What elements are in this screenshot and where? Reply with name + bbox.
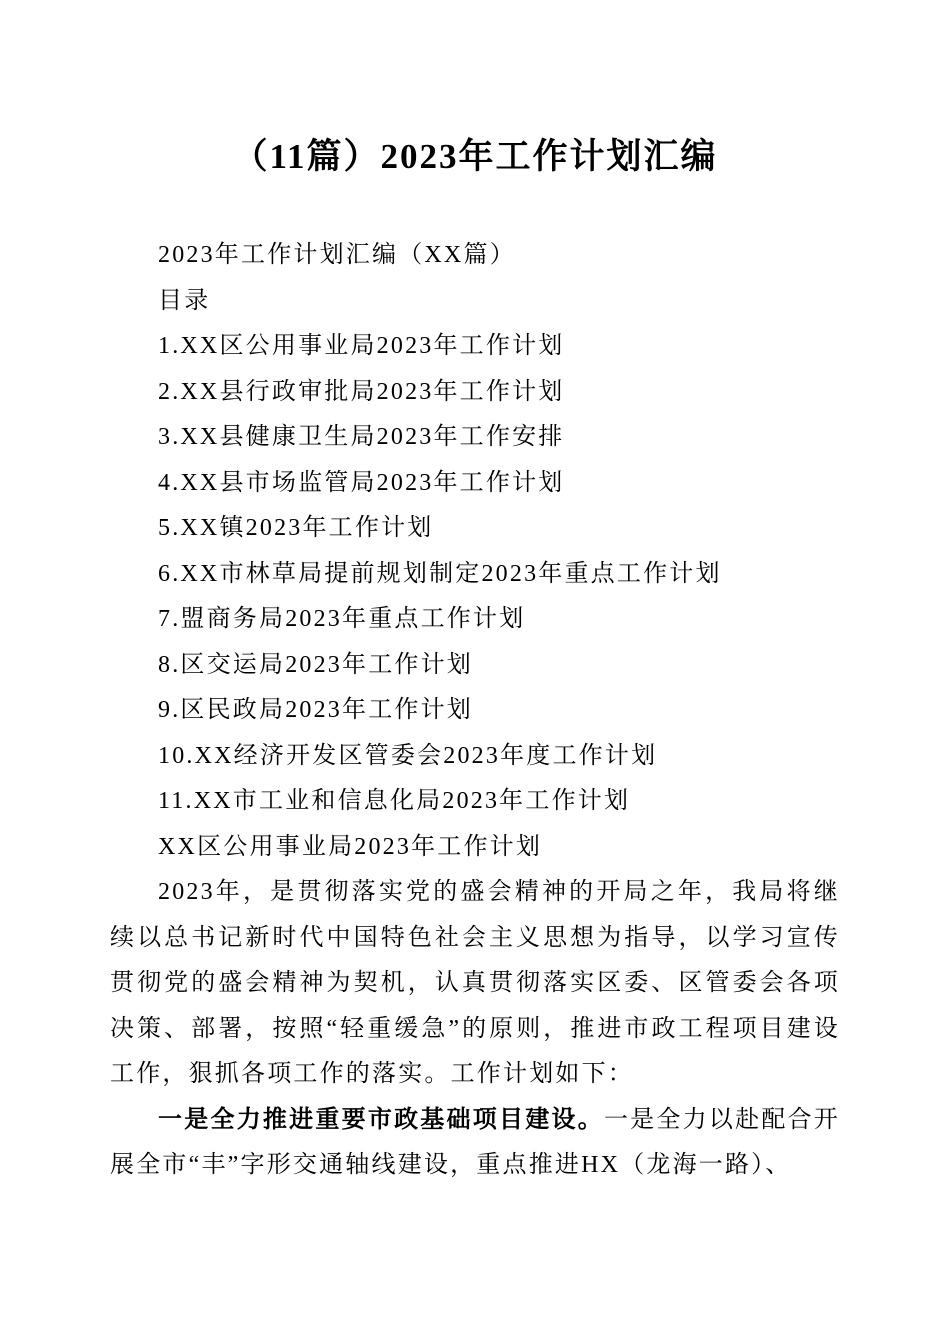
document-subtitle: 2023年工作计划汇编（XX篇） <box>110 233 840 279</box>
document-title: （11篇）2023年工作计划汇编 <box>110 131 840 183</box>
toc-item: 5.XX镇2023年工作计划 <box>110 506 840 552</box>
document-content: （11篇）2023年工作计划汇编 2023年工作计划汇编（XX篇） 目录 1.X… <box>0 0 950 1189</box>
toc-item: 7.盟商务局2023年重点工作计划 <box>110 597 840 643</box>
toc-item: 2.XX县行政审批局2023年工作计划 <box>110 370 840 416</box>
document-page: （11篇）2023年工作计划汇编 2023年工作计划汇编（XX篇） 目录 1.X… <box>0 0 950 1344</box>
toc-item: 9.区民政局2023年工作计划 <box>110 688 840 734</box>
toc-item: 6.XX市林草局提前规划制定2023年重点工作计划 <box>110 552 840 598</box>
toc-item: 10.XX经济开发区管委会2023年度工作计划 <box>110 734 840 780</box>
toc-item: 1.XX区公用事业局2023年工作计划 <box>110 324 840 370</box>
toc-heading: 目录 <box>110 279 840 325</box>
point-paragraph: 一是全力推进重要市政基础项目建设。一是全力以赴配合开展全市“丰”字形交通轴线建设… <box>110 1098 840 1189</box>
toc-item: 3.XX县健康卫生局2023年工作安排 <box>110 415 840 461</box>
toc-item: 8.区交运局2023年工作计划 <box>110 643 840 689</box>
intro-paragraph: 2023年，是贯彻落实党的盛会精神的开局之年，我局将继续以总书记新时代中国特色社… <box>110 870 840 1098</box>
section-heading: XX区公用事业局2023年工作计划 <box>110 825 840 871</box>
toc-item: 4.XX县市场监管局2023年工作计划 <box>110 461 840 507</box>
toc-item: 11.XX市工业和信息化局2023年工作计划 <box>110 779 840 825</box>
point-lead-bold: 一是全力推进重要市政基础项目建设。 <box>158 1107 604 1133</box>
